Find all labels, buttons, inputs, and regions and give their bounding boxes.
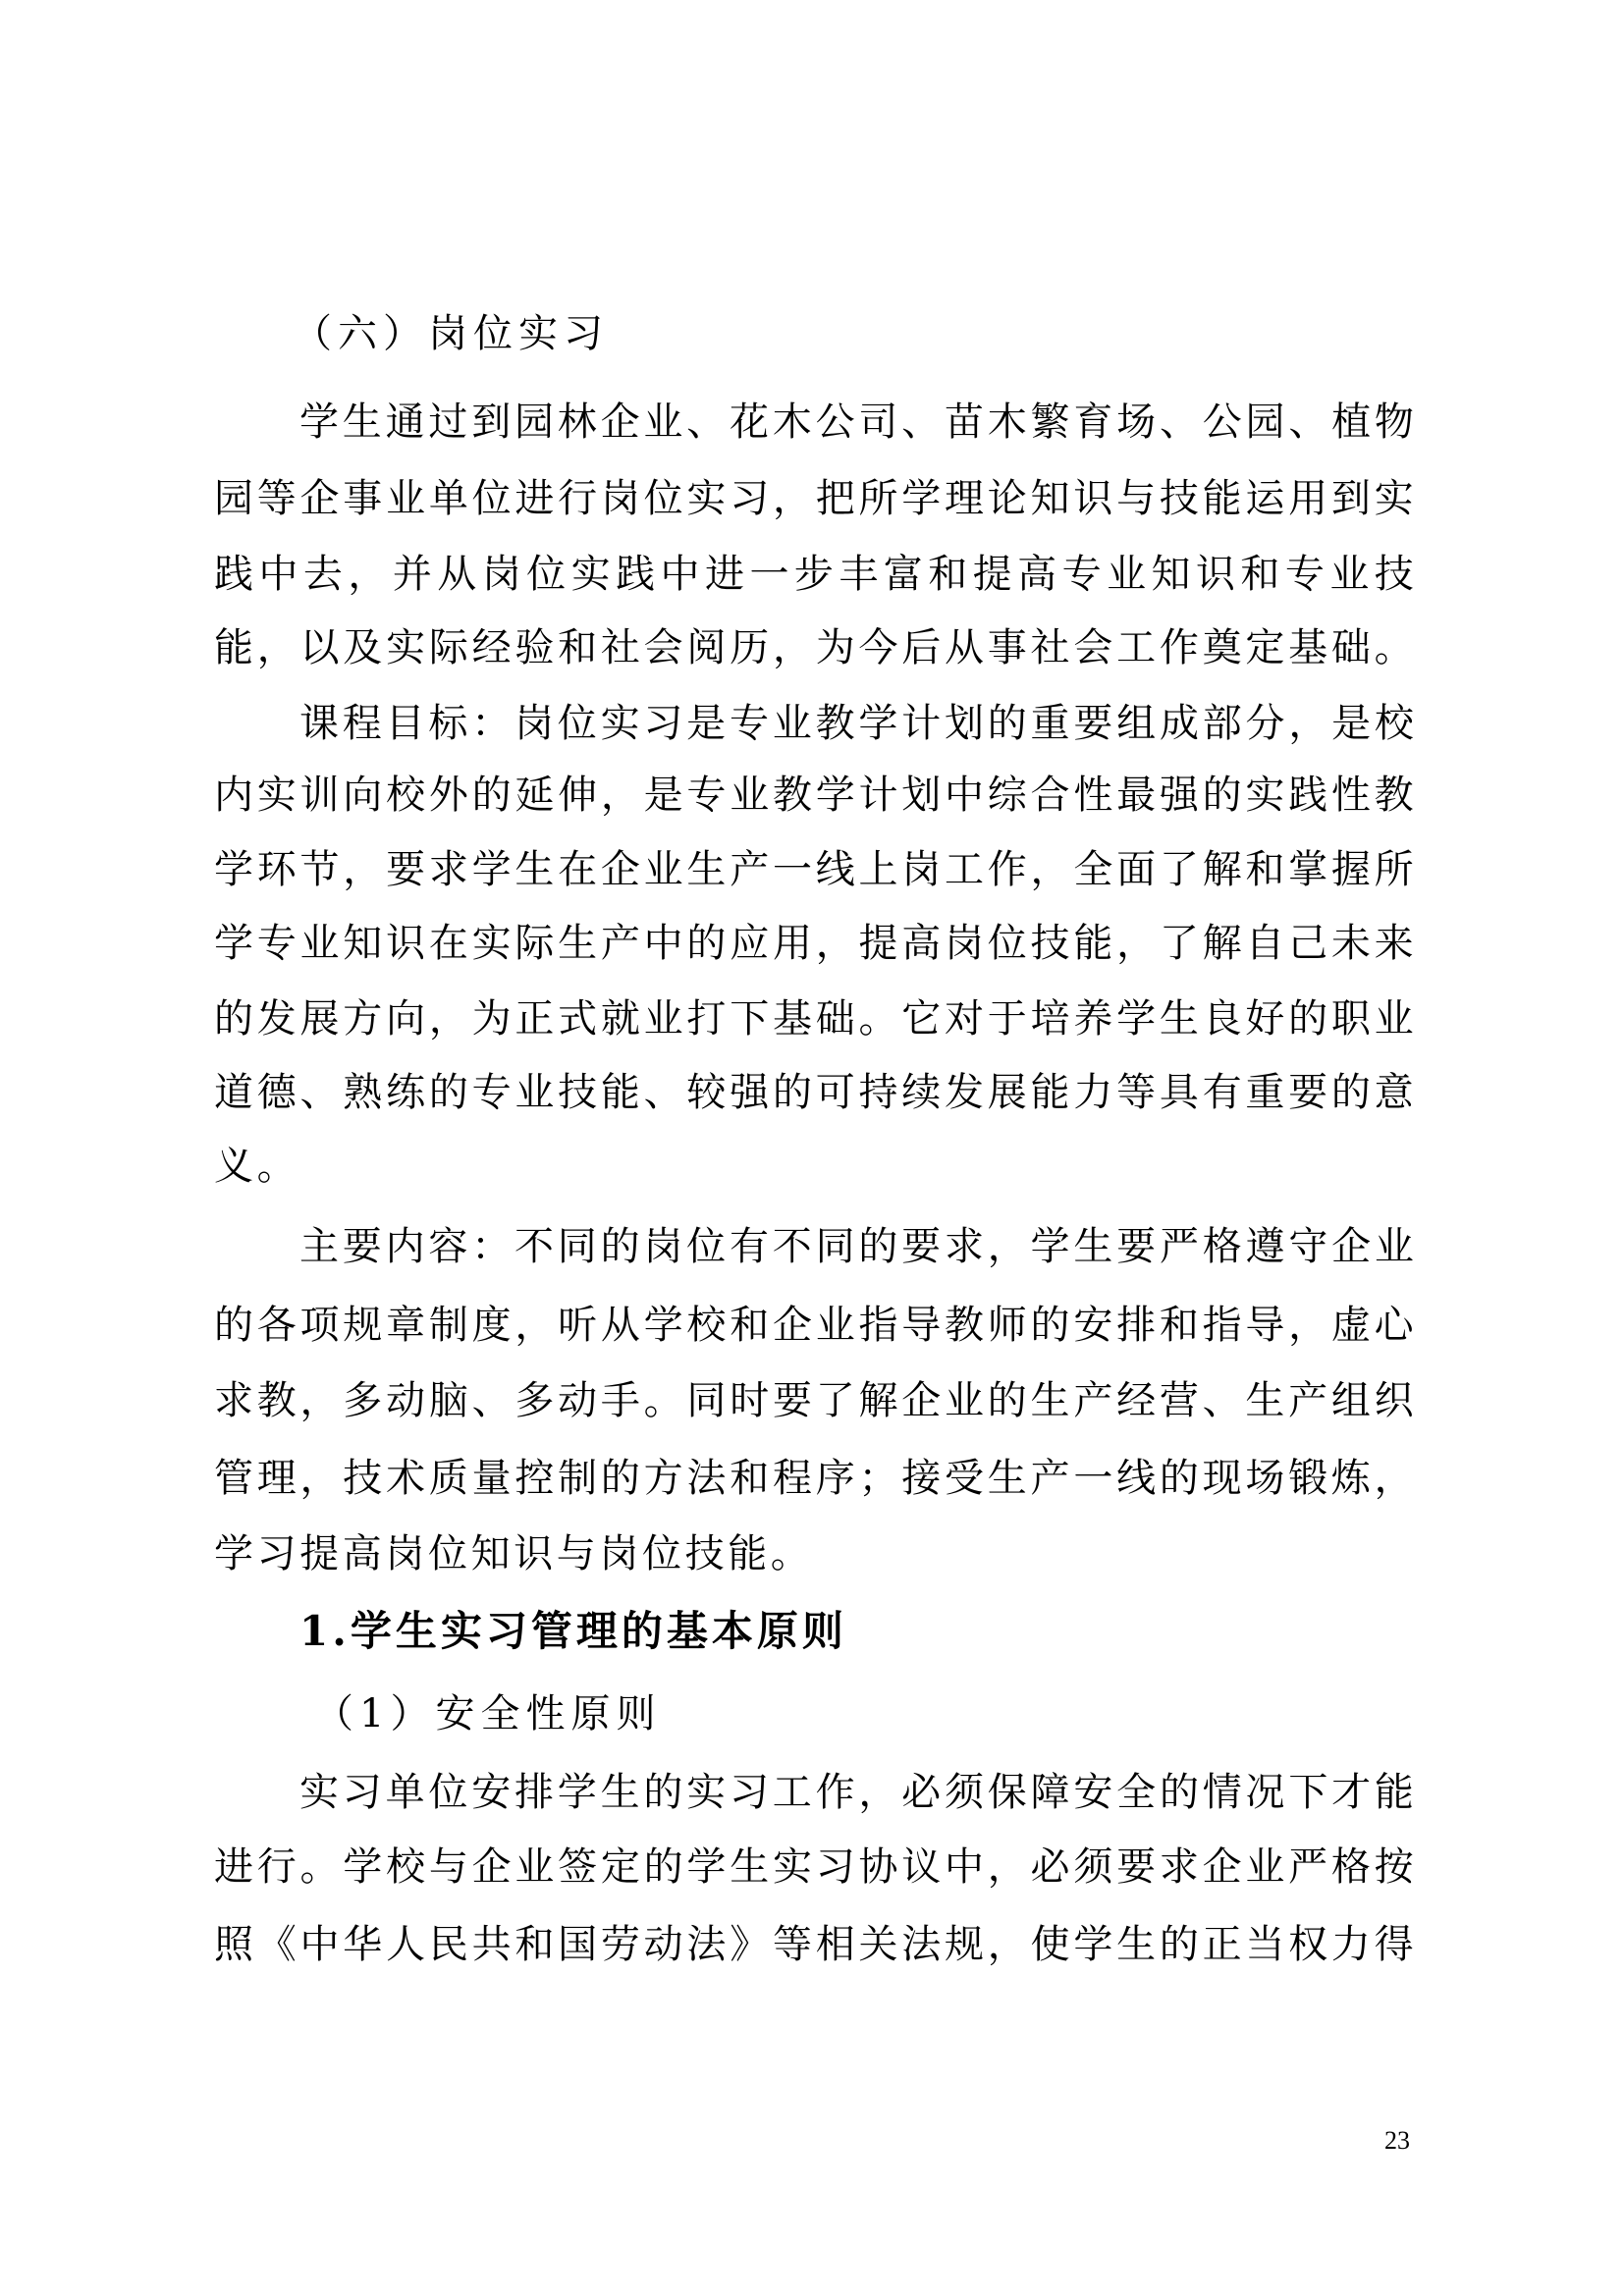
- intro-line-2: 园等企事业单位进行岗位实习，把所学理论知识与技能运用到实: [214, 469, 1414, 528]
- course-goal-line-2: 内实训向校外的延伸，是专业教学计划中综合性最强的实践性教: [214, 766, 1414, 825]
- safety-line-3: 照《中华人民共和国劳动法》等相关法规，使学生的正当权力得: [214, 1915, 1414, 1974]
- main-content-line-2: 的各项规章制度，听从学校和企业指导教师的安排和指导，虚心: [214, 1296, 1414, 1355]
- course-goal-line-6: 道德、熟练的专业技能、较强的可持续发展能力等具有重要的意: [214, 1063, 1414, 1122]
- main-content-line-5: 学习提高岗位知识与岗位技能。: [214, 1524, 1414, 1583]
- course-goal-line-1: 课程目标：岗位实习是专业教学计划的重要组成部分，是校: [299, 694, 1414, 753]
- intro-line-3: 践中去，并从岗位实践中进一步丰富和提高专业知识和专业技: [214, 545, 1414, 604]
- section-heading: （六）岗位实习: [293, 304, 609, 363]
- course-goal-line-7: 义。: [214, 1137, 1414, 1196]
- safety-line-2: 进行。学校与企业签定的学生实习协议中，必须要求企业严格按: [214, 1838, 1414, 1896]
- page-number: 23: [1384, 2126, 1410, 2156]
- main-content-line-4: 管理，技术质量控制的方法和程序；接受生产一线的现场锻炼，: [214, 1449, 1414, 1508]
- course-goal-line-5: 的发展方向，为正式就业打下基础。它对于培养学生良好的职业: [214, 989, 1414, 1048]
- subheading-safety: （1）安全性原则: [314, 1684, 661, 1743]
- subheading-principles: 1.学生实习管理的基本原则: [299, 1602, 847, 1661]
- document-page: （六）岗位实习 学生通过到园林企业、花木公司、苗木繁育场、公园、植物 园等企事业…: [0, 0, 1624, 2296]
- main-content-line-3: 求教，多动脑、多动手。同时要了解企业的生产经营、生产组织: [214, 1371, 1414, 1430]
- course-goal-line-3: 学环节，要求学生在企业生产一线上岗工作，全面了解和掌握所: [214, 840, 1414, 899]
- course-goal-line-4: 学专业知识在实际生产中的应用，提高岗位技能，了解自己未来: [214, 914, 1414, 973]
- intro-line-1: 学生通过到园林企业、花木公司、苗木繁育场、公园、植物: [299, 393, 1414, 452]
- intro-line-4: 能，以及实际经验和社会阅历，为今后从事社会工作奠定基础。: [214, 618, 1414, 677]
- main-content-line-1: 主要内容：不同的岗位有不同的要求，学生要严格遵守企业: [299, 1217, 1414, 1276]
- safety-line-1: 实习单位安排学生的实习工作，必须保障安全的情况下才能: [299, 1763, 1414, 1822]
